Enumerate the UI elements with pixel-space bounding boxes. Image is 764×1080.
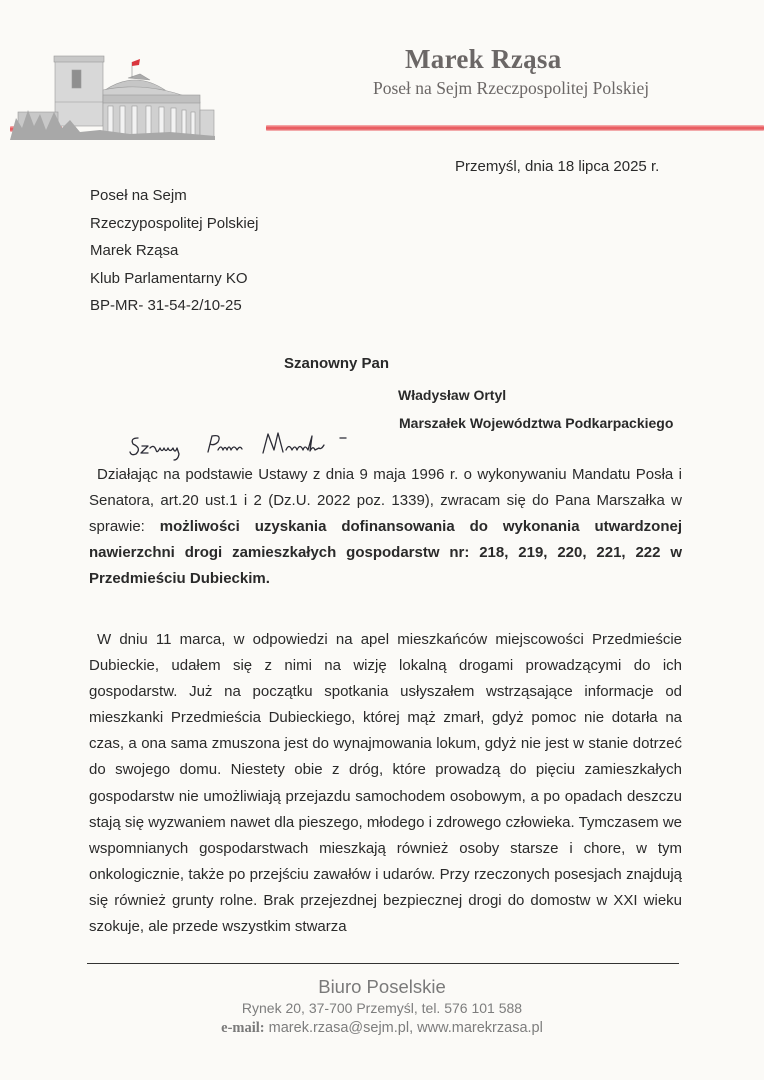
letterhead-name: Marek Rząsa xyxy=(405,44,562,75)
email-value: marek.rzasa@sejm.pl, www.marekrzasa.pl xyxy=(265,1020,543,1036)
sender-block: Poseł na Sejm Rzeczypospolitej Polskiej … xyxy=(90,182,258,320)
flag-icon xyxy=(132,59,140,66)
para1-subject: możliwości uzyskania dofinansowania do w… xyxy=(89,518,682,587)
body-paragraph-1: Działając na podstawie Ustawy z dnia 9 m… xyxy=(89,462,682,592)
reference-number: BP-MR- 31-54-2/10-25 xyxy=(90,292,258,320)
footer-divider xyxy=(87,963,679,964)
letterhead-stripe-right xyxy=(266,125,764,131)
recipient-salutation: Szanowny Pan xyxy=(284,355,389,372)
letterhead-subtitle: Poseł na Sejm Rzeczpospolitej Polskiej xyxy=(373,78,649,99)
sejm-building-icon xyxy=(10,40,265,140)
recipient-name: Władysław Ortyl xyxy=(398,387,506,403)
sender-line: Poseł na Sejm xyxy=(90,182,258,210)
body-paragraph-2: W dniu 11 marca, w odpowiedzi na apel mi… xyxy=(89,627,682,940)
recipient-title: Marszałek Województwa Podkarpackiego xyxy=(399,415,673,431)
para2-text: W dniu 11 marca, w odpowiedzi na apel mi… xyxy=(89,631,682,935)
footer-contact: e-mail: marek.rzasa@sejm.pl, www.marekrz… xyxy=(0,1020,764,1037)
email-label: e-mail: xyxy=(221,1020,264,1036)
footer-office: Biuro Poselskie xyxy=(0,976,764,998)
date-line: Przemyśl, dnia 18 lipca 2025 r. xyxy=(455,158,659,175)
footer-address: Rynek 20, 37-700 Przemyśl, tel. 576 101 … xyxy=(0,1000,764,1016)
handwritten-greeting: Szanowny Panie Marszałku xyxy=(128,428,378,462)
sender-line: Marek Rząsa xyxy=(90,237,258,265)
sender-line: Klub Parlamentarny KO xyxy=(90,265,258,293)
sender-line: Rzeczypospolitej Polskiej xyxy=(90,210,258,238)
